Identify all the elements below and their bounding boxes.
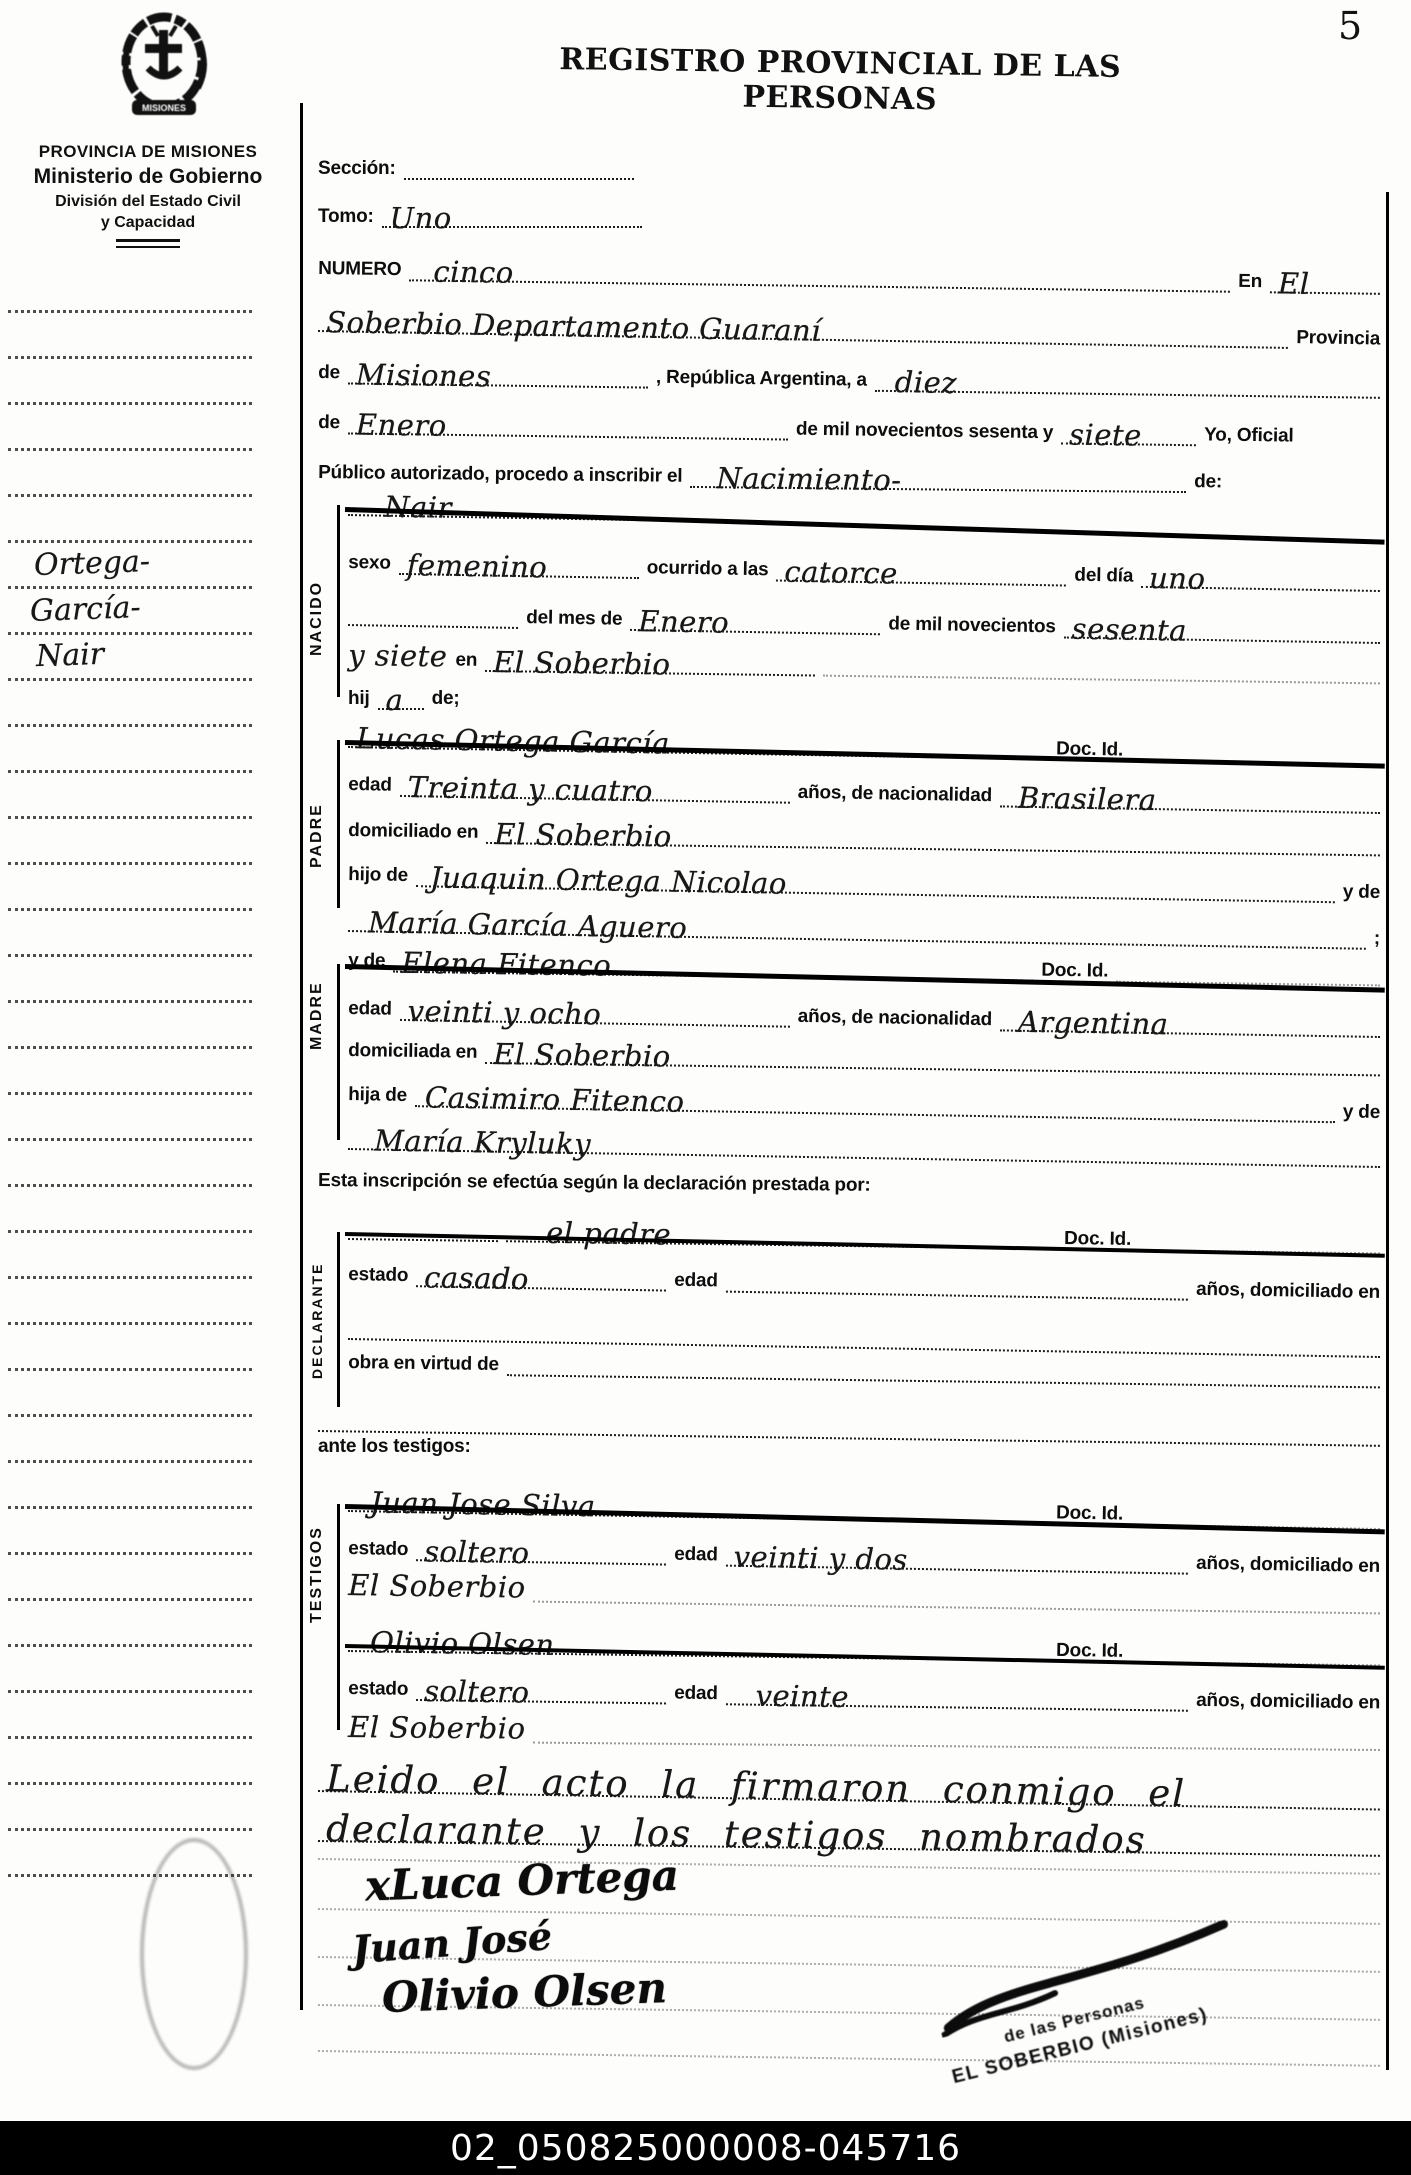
madre-abuela-value: María Kryluky [348, 1126, 599, 1159]
section-label-padre: PADRE [304, 772, 330, 900]
obra-label: obra en virtud de [348, 1353, 499, 1376]
declarante-dom-label: años, domiciliado en [1196, 1280, 1380, 1304]
madre-domicilio-field: El Soberbio [485, 1040, 1380, 1076]
madre-nacionalidad-label: años, de nacionalidad [797, 1007, 992, 1031]
row-seccion: Sección: [318, 146, 1380, 180]
row-testigo2-domicilio: El Soberbio [348, 1708, 1380, 1751]
row-testigo2-estado: estado soltero edad veinte años, domicil… [348, 1666, 1380, 1714]
de-label-1: de [318, 363, 340, 384]
padre-abuelo-value: Juaquin Ortega Nicolao [416, 863, 795, 899]
padre-nacionalidad-label: años, de nacionalidad [797, 783, 992, 807]
testigo1-estado-label: estado [348, 1539, 408, 1561]
sexo-field: femenino [399, 551, 639, 579]
row-padre-edad: edad Treinta y cuatro años, de nacionali… [348, 762, 1380, 814]
section-label-testigos: TESTIGOS [304, 1495, 330, 1655]
testigo1-estado-value: soltero [416, 1537, 538, 1568]
row-madre-hija-de: hija de Casimiro Fitenco y de [348, 1072, 1380, 1124]
declarante-estado-field: casado [416, 1263, 666, 1291]
semicolon-label: ; [1374, 929, 1381, 950]
padre-abuelo-field: Juaquin Ortega Nicolao [416, 863, 1335, 903]
dia-registro-field: diez [875, 368, 1381, 399]
lugar-nacimiento-value: El Soberbio [485, 648, 679, 680]
padre-nacionalidad-value: Brasilera [1000, 783, 1165, 815]
seccion-field [404, 175, 634, 180]
cierre2-field: declarante y los testigos nombrados [318, 1810, 1380, 1857]
madre-nacionalidad-value: Argentina [1000, 1007, 1177, 1039]
letterhead-province: PROVINCIA DE MISIONES [2, 142, 294, 162]
provincia-label: Provincia [1296, 328, 1380, 350]
testigo1-edad-label: edad [674, 1545, 718, 1567]
madre-abuelo-field: Casimiro Fitenco [415, 1083, 1335, 1123]
padre-domicilio-label: domiciliado en [348, 821, 478, 844]
obra-field [507, 1371, 1380, 1388]
tomo-label: Tomo: [318, 207, 374, 228]
en-label: En [1238, 272, 1262, 293]
blank-lead-field [348, 621, 518, 629]
testigo2-domicilio-dots [533, 1739, 1380, 1751]
page-title: REGISTRO PROVINCIAL DE LAS PERSONAS [470, 41, 1211, 121]
mes-registro-field: Enero [348, 410, 788, 440]
madre-hija-de-label: hija de [348, 1085, 407, 1107]
section-label-nacido: NACIDO [304, 538, 330, 698]
signature-testigo2: Olivio Olsen [381, 1963, 667, 2022]
letterhead-capacity: y Capacidad [2, 214, 294, 232]
signature-declarante: xLuca Ortega [364, 1851, 679, 1911]
de-semi-label: de; [432, 689, 460, 710]
margin-note-surname1: Ortega- [33, 544, 150, 583]
row-hija-de: hij a de; [348, 676, 1380, 710]
madre-inner-rule [337, 964, 340, 1140]
cierre2-value: declarante y los testigos nombrados [318, 1810, 1155, 1859]
letterhead-rule [116, 239, 180, 248]
testigo2-edad-field: veinte [726, 1681, 1189, 1711]
declarante-estado-value: casado [416, 1263, 537, 1294]
en-min-label: en [455, 651, 477, 672]
padre-domicilio-field: El Soberbio [486, 820, 1380, 856]
anio-cont-value: y siete [348, 641, 448, 671]
testigo2-dom-label: años, domiciliado en [1196, 1691, 1380, 1714]
anio-nacimiento-field: sesenta [1064, 614, 1381, 644]
dia-registro-value: diez [875, 368, 966, 398]
section-label-madre: MADRE [304, 952, 330, 1080]
declarante-estado-label: estado [348, 1265, 408, 1287]
madre-edad-label: edad [348, 999, 392, 1021]
scanned-birth-record-page: 5 REGISTRO PROVINCIAL DE LAS PERSONAS MI… [0, 0, 1411, 2175]
margin-note-name: Nair [35, 637, 104, 674]
anio-registro-field: siete [1061, 420, 1196, 446]
hija-value: a [378, 686, 412, 715]
hij-label: hij [348, 689, 370, 710]
madre-edad-value: veinti y ocho [399, 997, 609, 1030]
dia-nacimiento-value: uno [1141, 564, 1214, 594]
provincia-field: Misiones [348, 360, 648, 388]
seccion-label: Sección: [318, 159, 396, 180]
row-tomo: Tomo: Uno [318, 194, 1380, 228]
row-lugar-registro: Soberbio Departamento Guaraní Provincia [318, 298, 1380, 351]
madre-domicilio-value: El Soberbio [485, 1040, 679, 1072]
row-fecha-registro: de Enero de mil novecientos sesenta y si… [318, 400, 1380, 449]
provincial-seal-icon: MISIONES [112, 12, 216, 126]
madre-edad-field: veinti y ocho [400, 997, 790, 1028]
padre-edad-field: Treinta y cuatro [400, 773, 790, 804]
padre-domicilio-value: El Soberbio [486, 820, 680, 852]
hora-field: catorce [776, 557, 1066, 586]
testigo1-edad-value: veinti y dos [725, 1543, 916, 1575]
declarante-inner-rule [337, 1232, 340, 1407]
anio-registro-value: siete [1061, 420, 1150, 450]
padre-edad-value: Treinta y cuatro [399, 773, 661, 807]
lugar-registro-field: Soberbio Departamento Guaraní [318, 308, 1289, 349]
sexo-value: femenino [398, 551, 555, 583]
anio-sesenta-label: de mil novecientos sesenta y [796, 420, 1054, 444]
sexo-label: sexo [348, 553, 391, 575]
hija-field: a [378, 686, 424, 710]
yo-oficial-label: Yo, Oficial [1204, 425, 1294, 447]
row-padre-domicilio: domiciliado en El Soberbio [348, 808, 1380, 856]
tomo-value: Uno [382, 204, 460, 233]
madre-abuelo-value: Casimiro Fitenco [415, 1083, 693, 1117]
seal-banner-text: MISIONES [142, 103, 186, 113]
section-label-declarante: DECLARANTE [304, 1232, 330, 1410]
footer-code: 02_050825000008-045716 [450, 2128, 961, 2169]
row-ante-testigos: ante los testigos: [318, 1424, 1380, 1458]
testigos-inner-rule [337, 1504, 340, 1730]
numero-field: cinco [409, 257, 1230, 292]
lugar-nacimiento-field: El Soberbio [485, 648, 815, 677]
spacer [1230, 494, 1380, 496]
row-testigo1-nombre: Juan Jose Silva Doc. Id. [348, 1478, 1380, 1530]
letterhead: PROVINCIA DE MISIONES Ministerio de Gobi… [2, 142, 294, 248]
right-border [1386, 192, 1389, 2070]
mes-nacimiento-field: Enero [630, 607, 880, 635]
numero-label: NUMERO [318, 259, 402, 281]
testigo1-edad-field: veinti y dos [726, 1543, 1189, 1575]
lugar-registro-value: Soberbio Departamento Guaraní [318, 308, 829, 346]
hora-value: catorce [776, 557, 906, 588]
row-numero: NUMERO cinco En El [318, 246, 1380, 295]
round-stamp-faint [140, 1838, 248, 2070]
testigo2-domicilio-value: El Soberbio [348, 1713, 526, 1744]
en-field: El [1270, 269, 1380, 295]
republica-label: , República Argentina, a [656, 368, 867, 392]
numero-value: cinco [409, 257, 522, 288]
testigo1-domicilio-dots [533, 1598, 1380, 1615]
provincia-value: Misiones [348, 360, 500, 391]
novecientos-label: de mil novecientos [888, 615, 1056, 639]
row-padre-hijo-de: hijo de Juaquin Ortega Nicolao y de [348, 852, 1380, 904]
ruled-row [318, 2050, 1380, 2067]
testigo2-edad-label: edad [674, 1684, 718, 1705]
testigo1-domicilio-value: El Soberbio [348, 1571, 526, 1602]
madre-nacionalidad-field: Argentina [1000, 1007, 1381, 1038]
dia-nacimiento-field: uno [1141, 564, 1380, 592]
testigo2-estado-label: estado [348, 1679, 408, 1701]
testigo2-estado-value: soltero [416, 1677, 538, 1708]
ante-testigos-label: ante los testigos: [318, 1437, 471, 1458]
row-padre-nombre: Lucas Ortega García Doc. Id. [348, 714, 1380, 766]
padre-nacionalidad-field: Brasilera [1000, 783, 1381, 814]
padre-inner-rule [337, 740, 340, 908]
row-testigo2-nombre: Olivio Olsen Doc. Id. [348, 1618, 1380, 1666]
mes-registro-value: Enero [348, 410, 455, 440]
margin-note-surname2: García- [29, 590, 141, 629]
declaracion-label: Esta inscripción se efectúa según la dec… [318, 1171, 871, 1197]
testigo2-estado-field: soltero [416, 1677, 666, 1704]
padre-y-de-label: y de [1343, 882, 1381, 904]
row-provincia: de Misiones , República Argentina, a die… [318, 350, 1380, 399]
testigo1-estado-field: soltero [416, 1537, 666, 1565]
tomo-field: Uno [382, 204, 642, 228]
row-sexo: sexo femenino ocurrido a las catorce del… [348, 540, 1380, 592]
row-mes-nacimiento: del mes de Enero de mil novecientos sese… [348, 592, 1380, 644]
madre-y-de2-label: y de [1343, 1102, 1381, 1124]
nacido-inner-rule [337, 505, 340, 697]
letterhead-division: División del Estado Civil [2, 193, 294, 211]
madre-nombre-value: Elena Fitenco [393, 949, 619, 981]
padre-hijo-de-label: hijo de [348, 865, 408, 887]
ocurrido-label: ocurrido a las [646, 558, 768, 581]
en-value: El [1270, 269, 1318, 299]
declarante-edad-field [726, 1288, 1188, 1301]
declarante-edad-label: edad [674, 1271, 718, 1293]
letterhead-ministry: Ministerio de Gobierno [2, 165, 294, 189]
sidebar-divider [300, 103, 303, 2010]
de-label-2: de [318, 413, 340, 434]
page-number: 5 [1338, 4, 1362, 48]
testigo1-dom-label: años, domiciliado en [1196, 1554, 1380, 1578]
declarante-nombre-value: el padre [506, 1218, 679, 1249]
footer-code-bar: 02_050825000008-045716 [0, 2121, 1411, 2175]
row-declarante-estado: estado casado edad años, domiciliado en [348, 1252, 1380, 1304]
madre-domicilio-label: domiciliada en [348, 1041, 477, 1064]
anio-nacimiento-value: sesenta [1063, 614, 1195, 645]
del-mes-label: del mes de [526, 608, 623, 631]
de-colon-label: de: [1194, 472, 1222, 493]
testigo2-edad-value: veinte [725, 1681, 857, 1712]
mes-nacimiento-value: Enero [630, 607, 737, 638]
signature-testigo1: Juan José [351, 1913, 554, 1972]
row-declarante-nombre: el padre Doc. Id. [348, 1206, 1380, 1254]
padre-edad-label: edad [348, 775, 392, 797]
del-dia-label: del día [1074, 566, 1133, 588]
